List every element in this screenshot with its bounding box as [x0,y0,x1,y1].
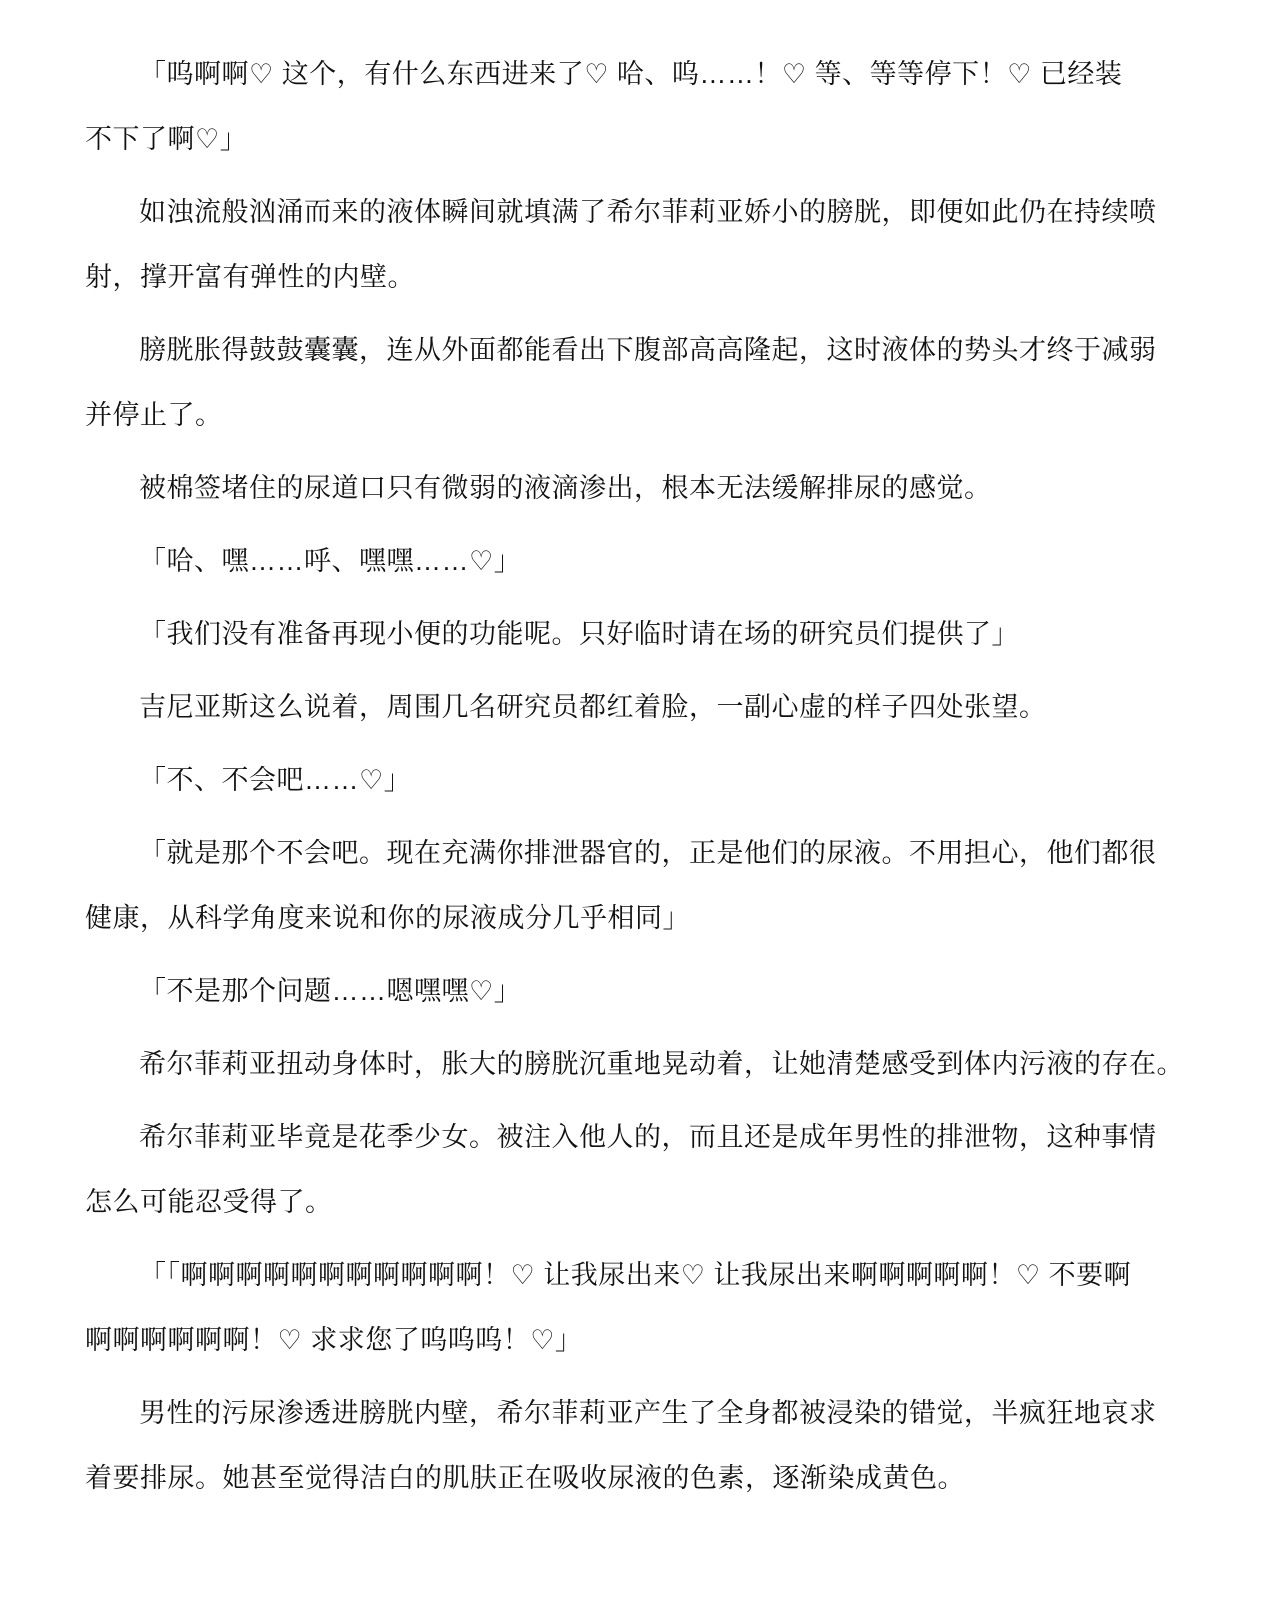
text-line: 怎么可能忍受得了。 [85,1170,1185,1235]
text-line: 希尔菲莉亚毕竟是花季少女。被注入他人的，而且还是成年男性的排泄物，这种事情 [85,1105,1185,1170]
text-line: 「我们没有准备再现小便的功能呢。只好临时请在场的研究员们提供了」 [85,602,1185,667]
document-page: 「呜啊啊♡ 这个，有什么东西进来了♡ 哈、呜……！♡ 等、等等停下！♡ 已经装 … [0,0,1280,1624]
text-line: 不下了啊♡」 [85,107,1185,172]
text-line: 健康，从科学角度来说和你的尿液成分几乎相同」 [85,886,1185,951]
paragraph: 「「啊啊啊啊啊啊啊啊啊啊啊！♡ 让我尿出来♡ 让我尿出来啊啊啊啊啊！♡ 不要啊 … [85,1243,1185,1373]
paragraph: 被棉签堵住的尿道口只有微弱的液滴渗出，根本无法缓解排尿的感觉。 [85,456,1185,521]
text-line: 并停止了。 [85,383,1185,448]
text-line: 「哈、嘿……呼、嘿嘿……♡」 [85,529,1185,594]
paragraph: 「不是那个问题……嗯嘿嘿♡」 [85,959,1185,1024]
text-line: 「呜啊啊♡ 这个，有什么东西进来了♡ 哈、呜……！♡ 等、等等停下！♡ 已经装 [85,42,1185,107]
paragraph: 「呜啊啊♡ 这个，有什么东西进来了♡ 哈、呜……！♡ 等、等等停下！♡ 已经装 … [85,42,1185,172]
paragraph: 希尔菲莉亚毕竟是花季少女。被注入他人的，而且还是成年男性的排泄物，这种事情 怎么… [85,1105,1185,1235]
paragraph: 吉尼亚斯这么说着，周围几名研究员都红着脸，一副心虚的样子四处张望。 [85,675,1185,740]
paragraph: 「就是那个不会吧。现在充满你排泄器官的，正是他们的尿液。不用担心，他们都很 健康… [85,821,1185,951]
text-line: 吉尼亚斯这么说着，周围几名研究员都红着脸，一副心虚的样子四处张望。 [85,675,1185,740]
paragraph: 「不、不会吧……♡」 [85,748,1185,813]
paragraph: 「我们没有准备再现小便的功能呢。只好临时请在场的研究员们提供了」 [85,602,1185,667]
text-line: 男性的污尿渗透进膀胱内壁，希尔菲莉亚产生了全身都被浸染的错觉，半疯狂地哀求 [85,1381,1185,1446]
text-line: 「就是那个不会吧。现在充满你排泄器官的，正是他们的尿液。不用担心，他们都很 [85,821,1185,886]
paragraph: 膀胱胀得鼓鼓囊囊，连从外面都能看出下腹部高高隆起，这时液体的势头才终于减弱 并停… [85,318,1185,448]
text-line: 射，撑开富有弹性的内壁。 [85,245,1185,310]
text-line: 「不是那个问题……嗯嘿嘿♡」 [85,959,1185,1024]
text-line: 「不、不会吧……♡」 [85,748,1185,813]
text-line: 着要排尿。她甚至觉得洁白的肌肤正在吸收尿液的色素，逐渐染成黄色。 [85,1446,1185,1511]
text-line: 膀胱胀得鼓鼓囊囊，连从外面都能看出下腹部高高隆起，这时液体的势头才终于减弱 [85,318,1185,383]
paragraph: 希尔菲莉亚扭动身体时，胀大的膀胱沉重地晃动着，让她清楚感受到体内污液的存在。 [85,1032,1185,1097]
text-line: 被棉签堵住的尿道口只有微弱的液滴渗出，根本无法缓解排尿的感觉。 [85,456,1185,521]
text-line: 「「啊啊啊啊啊啊啊啊啊啊啊！♡ 让我尿出来♡ 让我尿出来啊啊啊啊啊！♡ 不要啊 [85,1243,1185,1308]
paragraph: 「哈、嘿……呼、嘿嘿……♡」 [85,529,1185,594]
text-line: 啊啊啊啊啊啊！♡ 求求您了呜呜呜！♡」 [85,1308,1185,1373]
paragraph: 男性的污尿渗透进膀胱内壁，希尔菲莉亚产生了全身都被浸染的错觉，半疯狂地哀求 着要… [85,1381,1185,1511]
text-line: 如浊流般汹涌而来的液体瞬间就填满了希尔菲莉亚娇小的膀胱，即便如此仍在持续喷 [85,180,1185,245]
text-line: 希尔菲莉亚扭动身体时，胀大的膀胱沉重地晃动着，让她清楚感受到体内污液的存在。 [85,1032,1185,1097]
paragraph: 如浊流般汹涌而来的液体瞬间就填满了希尔菲莉亚娇小的膀胱，即便如此仍在持续喷 射，… [85,180,1185,310]
